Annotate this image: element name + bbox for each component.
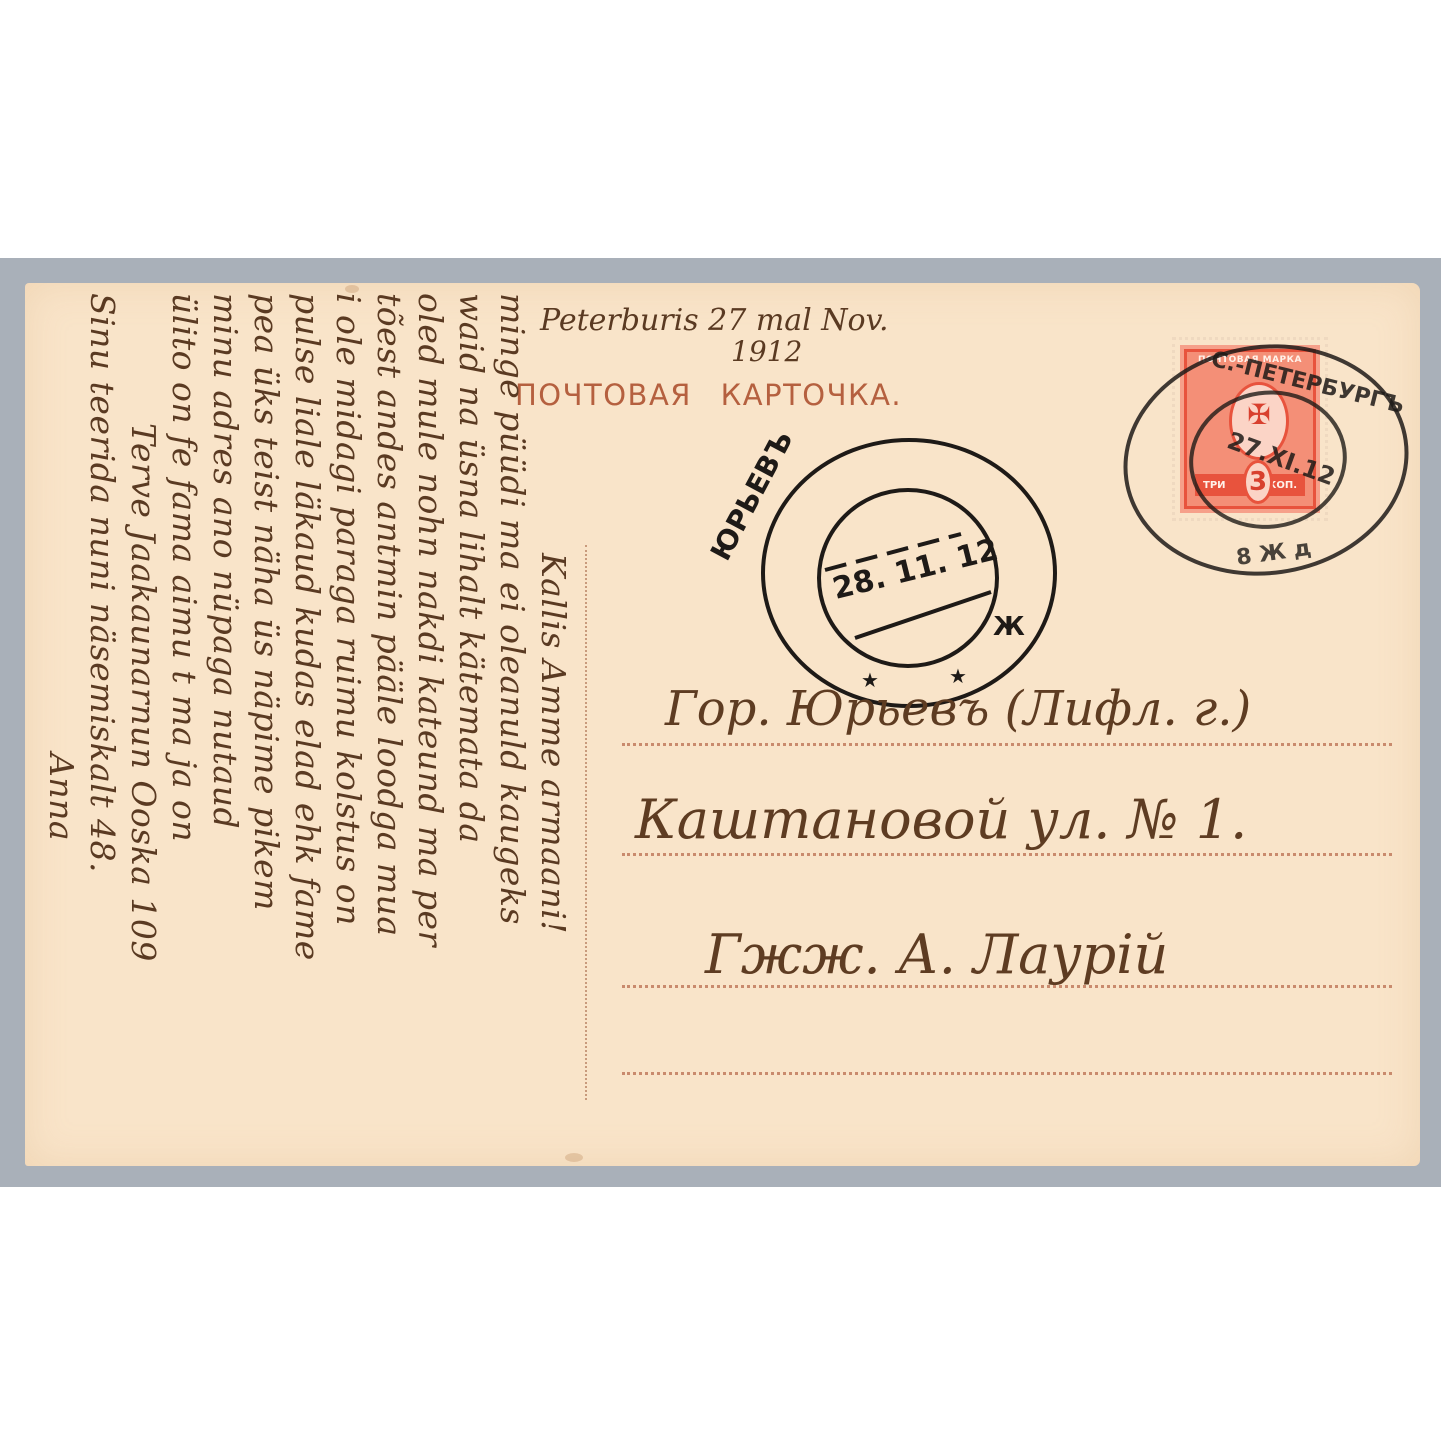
address-line-street: Каштановой ул. № 1. bbox=[635, 788, 1247, 851]
address-rule bbox=[622, 1072, 1392, 1075]
address-rule bbox=[622, 853, 1392, 856]
message-line: Anna bbox=[42, 753, 81, 841]
handwritten-year: 1912 bbox=[731, 335, 802, 368]
printed-heading: ПОЧТОВАЯ КАРТОЧКА. bbox=[515, 378, 902, 412]
address-line-city: Гор. Юрьевъ (Лифл. г.) bbox=[665, 681, 1251, 737]
message-line: Kallis Amme armaani! bbox=[534, 553, 573, 934]
origin-postmark: С.-ПЕТЕРБУРГЪ 27.XI.12 8 Ж д bbox=[1108, 326, 1420, 594]
handwritten-dateline: Peterburis 27 mal Nov. bbox=[540, 303, 889, 338]
origin-postmark-bottom: 8 Ж д bbox=[1235, 536, 1313, 571]
message-line: Terve Jaakaunarnun Ooska 109 bbox=[124, 423, 163, 962]
message-line: oled mule nohn nakdi kateund ma per bbox=[411, 293, 450, 947]
message-line: tõest andes antmin pääle loodga mua bbox=[370, 293, 409, 937]
address-line-recipient: Гжж. А. Лаурiй bbox=[705, 923, 1168, 986]
message-line: ülito on fe fama aimu t ma ja on bbox=[165, 293, 204, 842]
message-line: pulse liale läkaud kudas elad ehk fame bbox=[288, 293, 327, 961]
postcard: Peterburis 27 mal Nov. 1912 ПОЧТОВАЯ КАР… bbox=[25, 283, 1420, 1166]
message-line: minge püüdi ma ei oleanuld kaugeks bbox=[493, 293, 532, 925]
arrival-postmark: ЮРЬЕВЪ 28. 11. 12 Ж ★ ★ bbox=[761, 438, 1057, 708]
message-line: Sinu teerida nuni näsemiskalt 48. bbox=[83, 293, 122, 873]
message-divider bbox=[585, 545, 587, 1100]
address-rule bbox=[622, 743, 1392, 746]
paper-stain bbox=[345, 285, 359, 293]
message-line: i ole midagi paraga ruimu kolstus on bbox=[329, 293, 368, 926]
postmark-bars bbox=[765, 442, 1061, 712]
message-line: pea üks teist näha üs näpime pikem bbox=[247, 293, 286, 911]
paper-stain bbox=[565, 1153, 583, 1162]
message-line: minu adres ano nüpaga nutaud bbox=[206, 293, 245, 829]
message-line: waid na üsna lihalt kätemata da bbox=[452, 293, 491, 844]
